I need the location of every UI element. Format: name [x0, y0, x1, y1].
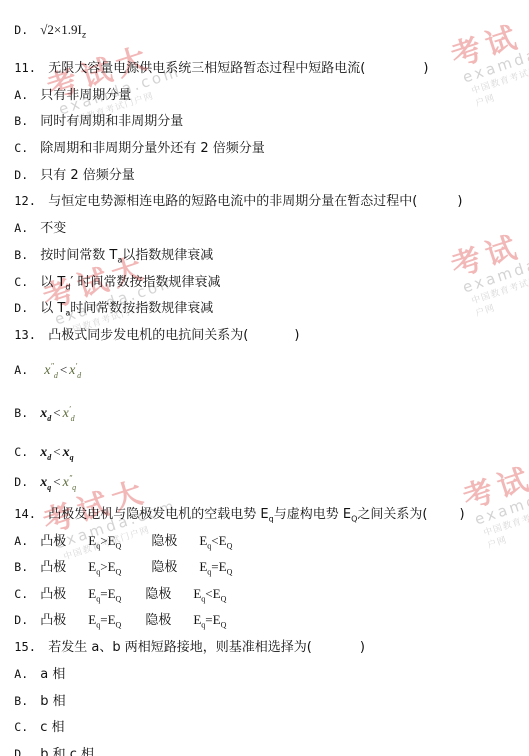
less-than-op: <	[53, 474, 60, 489]
q13-option-b: B.xd<x′d	[6, 383, 75, 424]
answer-close-paren: )	[360, 640, 365, 655]
less-than-op: <	[60, 362, 67, 377]
reactance-lhs: xq	[40, 475, 51, 490]
option-label: D.	[14, 22, 40, 38]
answer-close-paren: )	[294, 328, 299, 343]
option-d-prev: D.√2×1.9Iz	[6, 6, 86, 39]
q15-option-d: D.b 和 c 相	[6, 730, 94, 756]
option-label: D.	[14, 472, 40, 492]
times-expression: ×1.9I	[54, 22, 82, 37]
watermark: 考试 examda 中国教育考试门户网	[448, 19, 529, 112]
option-label: B.	[14, 403, 40, 423]
q13-option-d: D.xq<x″q	[6, 452, 76, 493]
watermark-site: examda	[473, 489, 529, 527]
watermark-logo-text: 考试	[448, 229, 529, 283]
question-text: 若发生 a、b 两相短路接地，则基准相选择为(	[48, 640, 312, 655]
watermark-cn: 中国教育考试门户网	[470, 271, 529, 319]
option-label: A.	[14, 360, 40, 380]
subscript: z	[82, 31, 86, 40]
watermark-site: examda	[461, 257, 529, 295]
question-12: 12.与恒定电势源相连电路的短路电流中的非周期分量在暂态过程中()	[6, 177, 462, 210]
watermark-cn: 中国教育考试门户网	[470, 61, 529, 109]
answer-close-paren: )	[457, 194, 462, 209]
reactance-rhs: x′d	[69, 363, 81, 378]
watermark-site: examda	[461, 47, 529, 85]
watermark-logo-text: 考试	[460, 461, 529, 515]
watermark: 考试 examda 中国教育考试门户网	[448, 229, 529, 322]
reactance-lhs: x″d	[44, 363, 58, 378]
less-than-op: <	[53, 405, 60, 420]
option-label: D.	[14, 746, 40, 756]
reactance-rhs: x′d	[63, 406, 75, 421]
reactance-lhs: xd	[40, 406, 51, 421]
answer-close-paren: )	[423, 61, 428, 76]
reactance-rhs: x″q	[63, 475, 77, 490]
q13-option-a: A.x″d<x′d	[6, 340, 81, 381]
answer-close-paren: )	[459, 507, 464, 522]
sqrt-expression: √2	[40, 22, 54, 37]
watermark-logo-text: 考试	[448, 19, 529, 73]
question-text-post: 之间关系为(	[357, 507, 427, 522]
option-text: b 和 c 相	[40, 747, 94, 756]
question-text-mid: 与虚构电势 E	[274, 507, 351, 522]
watermark: 考试 examda 中国教育考试门户网	[460, 461, 529, 554]
watermark-cn: 中国教育考试门户网	[482, 503, 529, 551]
question-text: 与恒定电势源相连电路的短路电流中的非周期分量在暂态过程中(	[48, 194, 417, 209]
